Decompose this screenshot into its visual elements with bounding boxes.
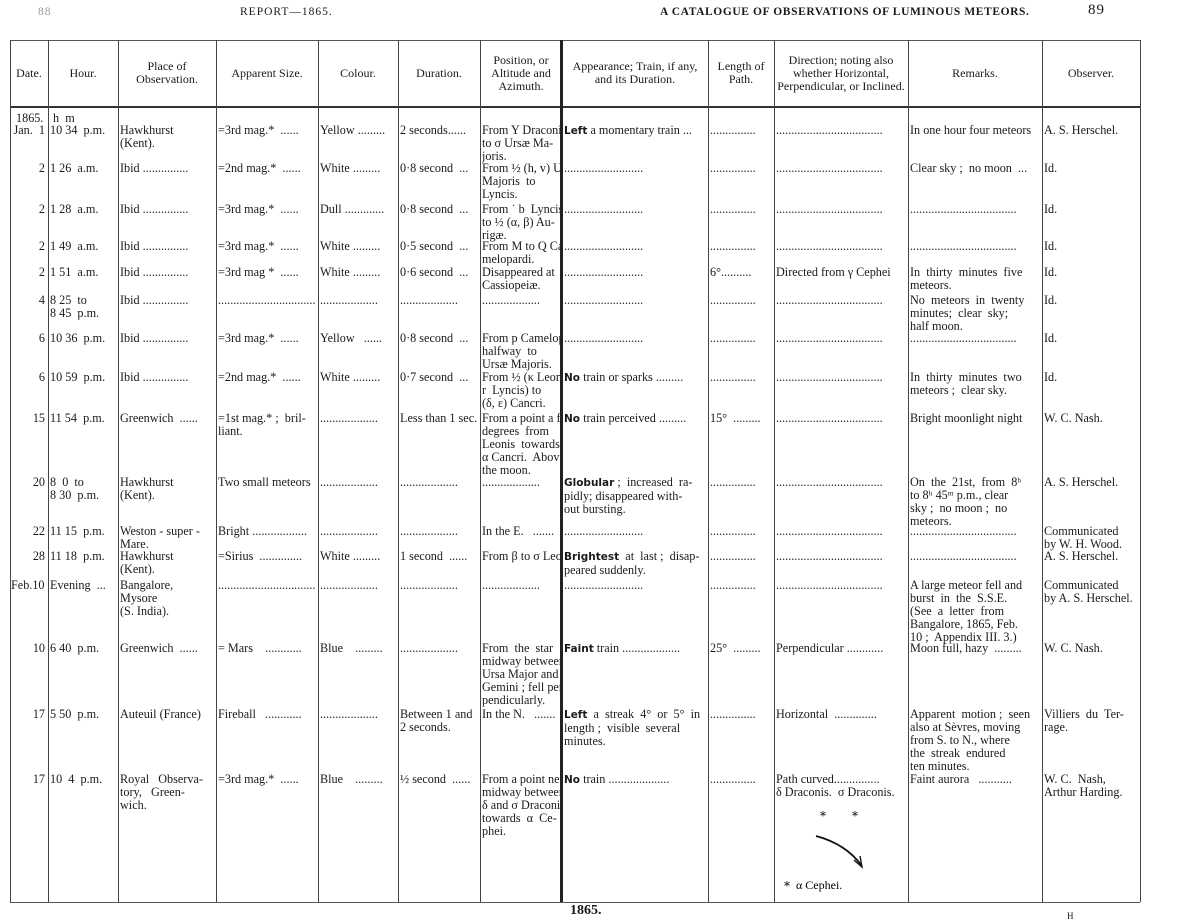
appearance-text: .......................... — [564, 525, 643, 538]
cell-colour: Dull ............. — [320, 203, 396, 216]
appearance-lead-word: No — [564, 413, 580, 425]
cell-position: From Y Draconis to σ Ursæ Ma- joris. — [482, 124, 560, 163]
cell-position: From ˙ b Lyncis to ½ (α, β) Au- rigæ. — [482, 203, 560, 242]
cell-colour: Blue ......... — [320, 773, 396, 786]
svg-text:*: * — [784, 879, 790, 893]
column-rule — [216, 40, 217, 902]
cell-direction: ................................... — [776, 203, 906, 216]
cell-hour: 11 54 p.m. — [50, 412, 116, 425]
cell-duration: 0·8 second ... — [400, 203, 478, 216]
cell-appearance: .......................... — [564, 332, 706, 345]
cell-length: ............... — [710, 708, 772, 721]
cell-duration: 0·8 second ... — [400, 332, 478, 345]
cell-place: Hawkhurst (Kent). — [120, 476, 214, 502]
cell-direction: ................................... — [776, 412, 906, 425]
cell-remarks: In thirty minutes five meteors. — [910, 266, 1040, 292]
cell-date: 20 — [11, 476, 45, 489]
cell-observer: Communicated by W. H. Wood. — [1044, 525, 1138, 551]
cell-colour: Blue ......... — [320, 642, 396, 655]
appearance-text: .......................... — [564, 332, 643, 345]
cell-size: =3rd mag.* ...... — [218, 124, 316, 137]
cell-direction: ................................... — [776, 240, 906, 253]
cell-place: Ibid ............... — [120, 240, 214, 253]
cell-position: From M to Q Ca- melopardi. — [482, 240, 560, 266]
cell-remarks: On the 21st, from 8ʰ to 8ʰ 45ᵐ p.m., cle… — [910, 476, 1040, 528]
cell-place: Ibid ............... — [120, 332, 214, 345]
cell-direction: ................................... — [776, 294, 906, 307]
cell-size: = Mars ............ — [218, 642, 316, 655]
cell-direction: Horizontal .............. — [776, 708, 906, 721]
column-rule — [118, 40, 119, 902]
cell-appearance: Faint train ................... — [564, 642, 706, 656]
cell-size: Bright .................. — [218, 525, 316, 538]
cell-place: Greenwich ...... — [120, 642, 214, 655]
cell-length: ............... — [710, 550, 772, 563]
cell-place: Greenwich ...... — [120, 412, 214, 425]
cell-duration: ................... — [400, 294, 478, 307]
cell-colour: White ......... — [320, 371, 396, 384]
cell-position: From a point near midway between δ and σ… — [482, 773, 560, 838]
cell-position: Disappeared at Cassiopeiæ. — [482, 266, 560, 292]
cell-date: 6 — [11, 332, 45, 345]
appearance-lead-word: No — [564, 774, 580, 786]
cell-place: Auteuil (France) — [120, 708, 214, 721]
cell-duration: ................... — [400, 642, 478, 655]
star-icon: * — [820, 809, 826, 823]
column-header: Hour. — [50, 42, 116, 104]
cell-hour: 10 36 p.m. — [50, 332, 116, 345]
cell-date: 28 — [11, 550, 45, 563]
cell-colour: ................... — [320, 579, 396, 592]
left-running-title: REPORT—1865. — [240, 6, 333, 19]
cell-observer: Id. — [1044, 371, 1138, 384]
appearance-lead-word: Left — [564, 709, 587, 721]
signature-mark: H — [1067, 910, 1074, 920]
cell-date: Feb.10? — [11, 579, 45, 592]
appearance-lead-word: Globular — [564, 477, 614, 489]
cell-observer: Id. — [1044, 294, 1138, 307]
cell-hour: 1 26 a.m. — [50, 162, 116, 175]
cell-hour: 1 28 a.m. — [50, 203, 116, 216]
cell-hour: Evening ... — [50, 579, 116, 592]
column-header: Appearance; Train, if any, and its Durat… — [564, 42, 706, 104]
cell-observer: A. S. Herschel. — [1044, 476, 1138, 489]
cell-appearance: Globular ; increased ra- pidly; disappea… — [564, 476, 706, 516]
cell-position: From a point a few degrees from Leonis t… — [482, 412, 560, 477]
cell-hour: 6 40 p.m. — [50, 642, 116, 655]
cell-colour: ................... — [320, 412, 396, 425]
cell-hour: 5 50 p.m. — [50, 708, 116, 721]
cell-size: =2nd mag.* ...... — [218, 371, 316, 384]
cell-appearance: No train .................... — [564, 773, 706, 787]
cephei-label: α Cephei. — [796, 878, 842, 892]
cell-direction: ................................... — [776, 124, 906, 137]
appearance-text: .......................... — [564, 266, 643, 279]
cell-colour: White ......... — [320, 266, 396, 279]
cell-date: 4 — [11, 294, 45, 307]
cell-size: .................................. — [218, 579, 316, 592]
cell-colour: White ......... — [320, 240, 396, 253]
cell-date: 2 — [11, 162, 45, 175]
column-header: Apparent Size. — [218, 42, 316, 104]
cell-position: ................... — [482, 294, 560, 307]
cell-length: ............... — [710, 162, 772, 175]
cell-colour: White ......... — [320, 550, 396, 563]
cell-date: Jan. 1 — [11, 124, 45, 137]
cell-place: Ibid ............... — [120, 266, 214, 279]
cell-appearance: .......................... — [564, 162, 706, 175]
appearance-text: .......................... — [564, 294, 643, 307]
column-rule — [708, 40, 709, 902]
cell-observer: W. C. Nash. — [1044, 412, 1138, 425]
cell-direction: ................................... — [776, 579, 906, 592]
column-header: Length of Path. — [710, 42, 772, 104]
column-rule — [398, 40, 399, 902]
cell-observer: Id. — [1044, 266, 1138, 279]
cell-duration: ................... — [400, 579, 478, 592]
cell-length: ............... — [710, 371, 772, 384]
cell-appearance: .......................... — [564, 240, 706, 253]
column-rule — [480, 40, 481, 902]
cell-colour: ................... — [320, 525, 396, 538]
cell-duration: Between 1 and 2 seconds. — [400, 708, 478, 734]
cell-remarks: In thirty minutes two meteors ; clear sk… — [910, 371, 1040, 397]
appearance-text: .......................... — [564, 203, 643, 216]
cell-observer: Id. — [1044, 240, 1138, 253]
cell-colour: ................... — [320, 476, 396, 489]
right-running-title: A CATALOGUE OF OBSERVATIONS OF LUMINOUS … — [660, 6, 1030, 19]
cell-colour: ................... — [320, 708, 396, 721]
cell-direction: Perpendicular ............ — [776, 642, 906, 655]
path-curve-sketch: * * * α Cephei. — [776, 800, 906, 895]
column-header: Remarks. — [910, 42, 1040, 104]
cell-size: =1st mag.* ; bril- liant. — [218, 412, 316, 438]
cell-remarks: No meteors in twenty minutes; clear sky;… — [910, 294, 1040, 333]
cell-colour: ................... — [320, 294, 396, 307]
cell-length: ............... — [710, 294, 772, 307]
cell-duration: 0·8 second ... — [400, 162, 478, 175]
appearance-text: train ................... — [594, 642, 680, 655]
cell-length: ............... — [710, 579, 772, 592]
cell-hour: 10 34 p.m. — [50, 124, 116, 137]
cell-observer: Id. — [1044, 162, 1138, 175]
column-rule — [774, 40, 775, 902]
cell-duration: 2 seconds...... — [400, 124, 478, 137]
cell-size: =3rd mag.* ...... — [218, 332, 316, 345]
star-icon: * — [852, 809, 858, 823]
cell-duration: 0·6 second ... — [400, 266, 478, 279]
table-top-rule — [10, 40, 1140, 41]
cell-appearance: No train perceived ......... — [564, 412, 706, 426]
cell-appearance: .......................... — [564, 266, 706, 279]
column-rule — [1042, 40, 1043, 902]
cell-direction: ................................... — [776, 525, 906, 538]
cell-place: Ibid ............... — [120, 294, 214, 307]
column-header: Position, or Altitude and Azimuth. — [482, 42, 560, 104]
cell-appearance: .......................... — [564, 294, 706, 307]
cell-appearance: Left a momentary train ... — [564, 124, 706, 138]
cell-date: 22 — [11, 525, 45, 538]
left-page-number: 88 — [38, 6, 52, 19]
cell-place: Hawkhurst (Kent). — [120, 124, 214, 150]
appearance-text: .......................... — [564, 240, 643, 253]
appearance-lead-word: Left — [564, 125, 587, 137]
cell-length: ............... — [710, 525, 772, 538]
cell-direction: ................................... — [776, 162, 906, 175]
cell-place: Ibid ............... — [120, 203, 214, 216]
cell-remarks: Moon full, hazy ......... — [910, 642, 1040, 655]
cell-observer: Id. — [1044, 332, 1138, 345]
appearance-text: train perceived ......... — [580, 412, 686, 425]
cell-position: ................... — [482, 579, 560, 592]
appearance-text: .......................... — [564, 162, 643, 175]
cell-position: In the E. ....... — [482, 525, 560, 538]
appearance-text: train or sparks ......... — [580, 371, 683, 384]
cell-observer: A. S. Herschel. — [1044, 550, 1138, 563]
cell-remarks: ................................... — [910, 525, 1040, 538]
cell-remarks: Bright moonlight night — [910, 412, 1040, 425]
cell-position: From β to σ Leonis. — [482, 550, 560, 563]
cell-place: Weston - super - Mare. — [120, 525, 214, 551]
cell-length: ............... — [710, 773, 772, 786]
appearance-text: a momentary train ... — [587, 124, 692, 137]
cell-position: ................... — [482, 476, 560, 489]
cell-duration: 0·7 second ... — [400, 371, 478, 384]
cell-length: ............... — [710, 476, 772, 489]
cell-observer: W. C. Nash. — [1044, 642, 1138, 655]
cell-remarks: A large meteor fell and burst in the S.S… — [910, 579, 1040, 644]
column-rule — [48, 40, 49, 902]
cell-position: From the star midway between Ursa Major … — [482, 642, 560, 707]
cell-direction: ................................... — [776, 476, 906, 489]
cell-date: 15 — [11, 412, 45, 425]
cell-observer: Villiers du Ter- rage. — [1044, 708, 1138, 734]
cell-position: From ½ (h, v) Ursæ Majoris to Lyncis. — [482, 162, 560, 201]
right-page-number: 89 — [1088, 4, 1105, 17]
cell-length: ............... — [710, 332, 772, 345]
cell-size: Fireball ............ — [218, 708, 316, 721]
cell-appearance: Brightest at last ; disap- peared sudden… — [564, 550, 706, 577]
svg-text:*: * — [820, 809, 826, 823]
cell-direction: ................................... — [776, 371, 906, 384]
cell-hour: 8 25 to 8 45 p.m. — [50, 294, 116, 320]
cell-size: .................................. — [218, 294, 316, 307]
cell-appearance: Left a streak 4° or 5° in length ; visib… — [564, 708, 706, 748]
cell-observer: A. S. Herschel. — [1044, 124, 1138, 137]
cell-observer: Communicated by A. S. Herschel. — [1044, 579, 1138, 605]
cell-direction: ................................... — [776, 332, 906, 345]
cell-position: In the N. ....... — [482, 708, 560, 721]
cell-date: 6 — [11, 371, 45, 384]
column-header: Duration. — [400, 42, 478, 104]
appearance-text: train .................... — [580, 773, 669, 786]
cell-hour: 8 0 to 8 30 p.m. — [50, 476, 116, 502]
appearance-lead-word: Faint — [564, 643, 594, 655]
cell-remarks: ................................... — [910, 240, 1040, 253]
cell-observer: W. C. Nash, Arthur Harding. — [1044, 773, 1138, 799]
cell-colour: Yellow ......... — [320, 124, 396, 137]
cell-duration: ................... — [400, 476, 478, 489]
svg-text:*: * — [852, 809, 858, 823]
cell-date: 2 — [11, 266, 45, 279]
appearance-lead-word: Brightest — [564, 551, 619, 563]
cell-place: Bangalore, Mysore (S. India). — [120, 579, 214, 618]
cell-position: From ½ (κ Leonis, r Lyncis) to (δ, ε) Ca… — [482, 371, 560, 410]
cell-size: =Sirius .............. — [218, 550, 316, 563]
cell-hour: 10 59 p.m. — [50, 371, 116, 384]
cell-remarks: ................................... — [910, 203, 1040, 216]
cell-appearance: .......................... — [564, 203, 706, 216]
column-rule — [318, 40, 319, 902]
cell-duration: ................... — [400, 525, 478, 538]
star-icon: * — [784, 879, 790, 893]
cell-length: 6°.......... — [710, 266, 772, 279]
cell-date: 2 — [11, 203, 45, 216]
cell-date: 17 — [11, 708, 45, 721]
cell-direction: ................................... — [776, 550, 906, 563]
cell-size: =3rd mag.* ...... — [218, 240, 316, 253]
cell-remarks: In one hour four meteors — [910, 124, 1040, 137]
cell-appearance: .......................... — [564, 525, 706, 538]
cell-length: ............... — [710, 203, 772, 216]
cell-colour: Yellow ...... — [320, 332, 396, 345]
cell-size: =3rd mag.* ...... — [218, 203, 316, 216]
appearance-lead-word: No — [564, 372, 580, 384]
column-header: Observer. — [1044, 42, 1138, 104]
cell-place: Royal Observa- tory, Green- wich. — [120, 773, 214, 812]
cell-remarks: ................................... — [910, 332, 1040, 345]
cell-colour: White ......... — [320, 162, 396, 175]
cell-length: 25° ......... — [710, 642, 772, 655]
cell-duration: 1 second ...... — [400, 550, 478, 563]
cell-size: =3rd mag.* ...... — [218, 773, 316, 786]
cell-size: =3rd mag * ...... — [218, 266, 316, 279]
cell-duration: Less than 1 sec. — [400, 412, 478, 425]
header-rule — [10, 106, 1140, 108]
cell-remarks: Faint aurora ........... — [910, 773, 1040, 786]
column-header: Date. — [12, 42, 46, 104]
cell-hour: 10 4 p.m. — [50, 773, 116, 786]
cell-appearance: .......................... — [564, 579, 706, 592]
signature-year: 1865. — [570, 904, 602, 917]
column-rule — [1140, 40, 1141, 902]
cell-size: =2nd mag.* ...... — [218, 162, 316, 175]
cell-appearance: No train or sparks ......... — [564, 371, 706, 385]
cell-place: Hawkhurst (Kent). — [120, 550, 214, 576]
column-header: Direction; noting also whether Horizonta… — [776, 42, 906, 104]
cell-direction: Path curved............... δ Draconis. σ… — [776, 773, 906, 799]
cell-length: ............... — [710, 240, 772, 253]
cell-remarks: Clear sky ; no moon ... — [910, 162, 1040, 175]
column-rule — [908, 40, 909, 902]
cell-duration: ½ second ...... — [400, 773, 478, 786]
cell-remarks: Apparent motion ; seen also at Sèvres, m… — [910, 708, 1040, 773]
column-header: Colour. — [320, 42, 396, 104]
cell-place: Ibid ............... — [120, 371, 214, 384]
cell-hour: 1 49 a.m. — [50, 240, 116, 253]
cell-date: 10 — [11, 642, 45, 655]
cell-hour: 11 18 p.m. — [50, 550, 116, 563]
cell-position: From p Camelopardi halfway to Ursæ Major… — [482, 332, 560, 371]
cell-direction: Directed from γ Cephei — [776, 266, 906, 279]
cell-date: 2 — [11, 240, 45, 253]
cell-observer: Id. — [1044, 203, 1138, 216]
column-header: Place of Observation. — [120, 42, 214, 104]
cell-hour: 11 15 p.m. — [50, 525, 116, 538]
cell-remarks: ................................... — [910, 550, 1040, 563]
cell-duration: 0·5 second ... — [400, 240, 478, 253]
appearance-text: .......................... — [564, 579, 643, 592]
column-rule — [560, 40, 563, 902]
cell-length: 15° ......... — [710, 412, 772, 425]
cell-length: ............... — [710, 124, 772, 137]
cell-hour: 1 51 a.m. — [50, 266, 116, 279]
cell-place: Ibid ............... — [120, 162, 214, 175]
cell-date: 17 — [11, 773, 45, 786]
cell-size: Two small meteors — [218, 476, 316, 489]
